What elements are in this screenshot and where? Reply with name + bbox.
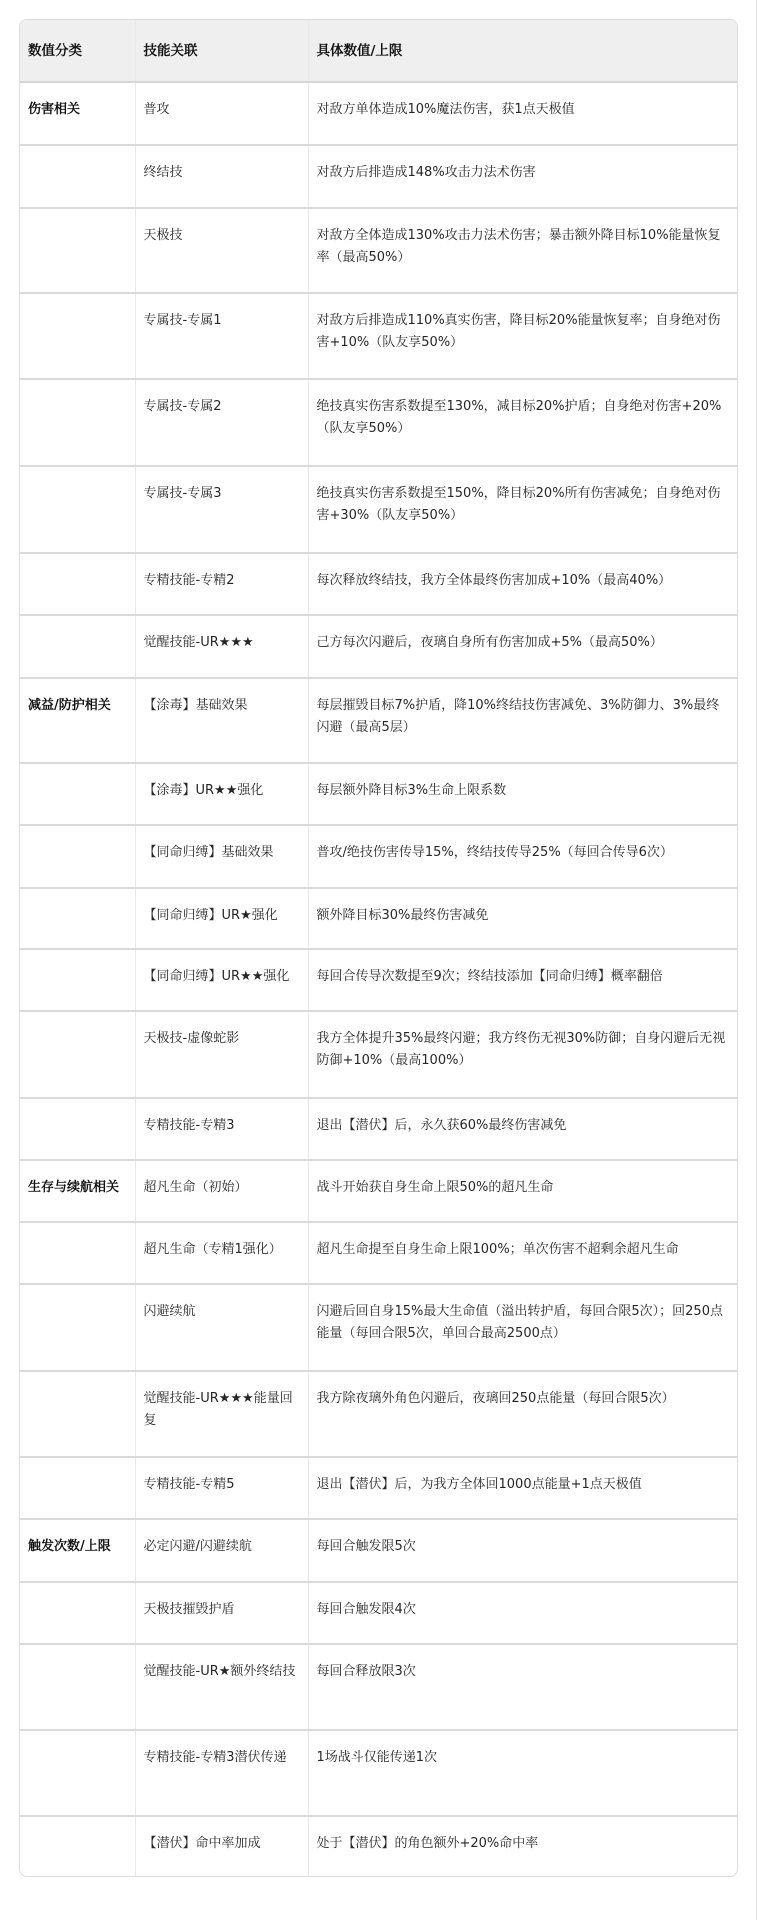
cell-value: 绝技真实伤害系数提至150%，降目标20%所有伤害减免；自身绝对伤害+30%（队… xyxy=(308,466,738,553)
cell-category xyxy=(20,379,135,466)
cell-value: 每回合触发限4次 xyxy=(308,1582,738,1644)
cell-skill: 超凡生命（专精1强化） xyxy=(135,1222,308,1284)
cell-category xyxy=(20,1371,135,1457)
cell-value: 普攻/绝技伤害传导15%，终结技传导25%（每回合传导6次） xyxy=(308,825,738,888)
cell-skill: 终结技 xyxy=(135,145,308,208)
table-row: 觉醒技能-UR★额外终结技 每回合释放限3次 xyxy=(20,1644,738,1730)
cell-skill: 超凡生命（初始） xyxy=(135,1160,308,1222)
cell-value: 我方全体提升35%最终闪避；我方终伤无视30%防御；自身闪避后无视防御+10%（… xyxy=(308,1011,738,1098)
cell-value: 退出【潜伏】后，永久获60%最终伤害减免 xyxy=(308,1098,738,1160)
cell-category xyxy=(20,949,135,1011)
cell-value: 对敌方单体造成10%魔法伤害，获1点天极值 xyxy=(308,82,738,145)
skill-values-table-container: 数值分类 技能关联 具体数值/上限 伤害相关 普攻 对敌方单体造成10%魔法伤害… xyxy=(19,19,738,1877)
cell-skill: 专属技-专属2 xyxy=(135,379,308,466)
cell-category xyxy=(20,1730,135,1816)
table-row: 生存与续航相关 超凡生命（初始） 战斗开始获自身生命上限50%的超凡生命 xyxy=(20,1160,738,1222)
cell-value: 超凡生命提至自身生命上限100%；单次伤害不超剩余超凡生命 xyxy=(308,1222,738,1284)
cell-value: 每回合释放限3次 xyxy=(308,1644,738,1730)
cell-skill: 【同命归缚】基础效果 xyxy=(135,825,308,888)
cell-value: 每层额外降目标3%生命上限系数 xyxy=(308,763,738,825)
header-skill: 技能关联 xyxy=(135,20,308,82)
cell-skill: 【同命归缚】UR★强化 xyxy=(135,888,308,949)
skill-values-table: 数值分类 技能关联 具体数值/上限 伤害相关 普攻 对敌方单体造成10%魔法伤害… xyxy=(20,20,738,1877)
cell-skill: 【涂毒】基础效果 xyxy=(135,678,308,763)
cell-value: 对敌方全体造成130%攻击力法术伤害；暴击额外降目标10%能量恢复率（最高50%… xyxy=(308,208,738,293)
table-row: 【涂毒】UR★★强化 每层额外降目标3%生命上限系数 xyxy=(20,763,738,825)
table-row: 天极技-虚像蛇影 我方全体提升35%最终闪避；我方终伤无视30%防御；自身闪避后… xyxy=(20,1011,738,1098)
cell-skill: 【同命归缚】UR★★强化 xyxy=(135,949,308,1011)
cell-value: 退出【潜伏】后，为我方全体回1000点能量+1点天极值 xyxy=(308,1457,738,1519)
cell-category xyxy=(20,1457,135,1519)
cell-category xyxy=(20,145,135,208)
table-row: 觉醒技能-UR★★★能量回复 我方除夜璃外角色闪避后，夜璃回250点能量（每回合… xyxy=(20,1371,738,1457)
cell-category xyxy=(20,1644,135,1730)
header-category: 数值分类 xyxy=(20,20,135,82)
table-row: 专属技-专属1 对敌方后排造成110%真实伤害，降目标20%能量恢复率；自身绝对… xyxy=(20,293,738,379)
cell-value: 额外降目标30%最终伤害减免 xyxy=(308,888,738,949)
cell-category xyxy=(20,615,135,678)
table-header: 数值分类 技能关联 具体数值/上限 xyxy=(20,20,738,82)
table-row: 超凡生命（专精1强化） 超凡生命提至自身生命上限100%；单次伤害不超剩余超凡生… xyxy=(20,1222,738,1284)
header-row: 数值分类 技能关联 具体数值/上限 xyxy=(20,20,738,82)
cell-category xyxy=(20,1011,135,1098)
cell-category xyxy=(20,888,135,949)
cell-value: 闪避后回自身15%最大生命值（溢出转护盾，每回合限5次）；回250点能量（每回合… xyxy=(308,1284,738,1371)
table-row: 【同命归缚】UR★★强化 每回合传导次数提至9次；终结技添加【同命归缚】概率翻倍 xyxy=(20,949,738,1011)
cell-skill: 专属技-专属3 xyxy=(135,466,308,553)
cell-category xyxy=(20,466,135,553)
cell-category: 触发次数/上限 xyxy=(20,1519,135,1582)
cell-category xyxy=(20,825,135,888)
cell-skill: 觉醒技能-UR★★★能量回复 xyxy=(135,1371,308,1457)
cell-value: 每层摧毁目标7%护盾，降10%终结技伤害减免、3%防御力、3%最终闪避（最高5层… xyxy=(308,678,738,763)
cell-skill: 专精技能-专精3 xyxy=(135,1098,308,1160)
table-row: 减益/防护相关 【涂毒】基础效果 每层摧毁目标7%护盾，降10%终结技伤害减免、… xyxy=(20,678,738,763)
table-row: 天极技 对敌方全体造成130%攻击力法术伤害；暴击额外降目标10%能量恢复率（最… xyxy=(20,208,738,293)
cell-skill: 觉醒技能-UR★额外终结技 xyxy=(135,1644,308,1730)
cell-category xyxy=(20,293,135,379)
table-row: 专属技-专属3 绝技真实伤害系数提至150%，降目标20%所有伤害减免；自身绝对… xyxy=(20,466,738,553)
cell-value: 战斗开始获自身生命上限50%的超凡生命 xyxy=(308,1160,738,1222)
cell-skill: 必定闪避/闪避续航 xyxy=(135,1519,308,1582)
cell-value: 每回合触发限5次 xyxy=(308,1519,738,1582)
cell-value: 1场战斗仅能传递1次 xyxy=(308,1730,738,1816)
cell-value: 对敌方后排造成148%攻击力法术伤害 xyxy=(308,145,738,208)
cell-skill: 专精技能-专精5 xyxy=(135,1457,308,1519)
cell-skill: 【涂毒】UR★★强化 xyxy=(135,763,308,825)
cell-category: 伤害相关 xyxy=(20,82,135,145)
cell-skill: 专精技能-专精3潜伏传递 xyxy=(135,1730,308,1816)
cell-value: 对敌方后排造成110%真实伤害，降目标20%能量恢复率；自身绝对伤害+10%（队… xyxy=(308,293,738,379)
cell-category xyxy=(20,1582,135,1644)
table-row: 天极技摧毁护盾 每回合触发限4次 xyxy=(20,1582,738,1644)
cell-category xyxy=(20,1098,135,1160)
cell-skill: 天极技 xyxy=(135,208,308,293)
table-row: 终结技 对敌方后排造成148%攻击力法术伤害 xyxy=(20,145,738,208)
cell-category: 生存与续航相关 xyxy=(20,1160,135,1222)
table-row: 专属技-专属2 绝技真实伤害系数提至130%，减目标20%护盾；自身绝对伤害+2… xyxy=(20,379,738,466)
cell-category xyxy=(20,1284,135,1371)
cell-skill: 闪避续航 xyxy=(135,1284,308,1371)
cell-value: 绝技真实伤害系数提至130%，减目标20%护盾；自身绝对伤害+20%（队友享50… xyxy=(308,379,738,466)
cell-skill: 觉醒技能-UR★★★ xyxy=(135,615,308,678)
cell-value: 己方每次闪避后，夜璃自身所有伤害加成+5%（最高50%） xyxy=(308,615,738,678)
cell-skill: 专属技-专属1 xyxy=(135,293,308,379)
table-row: 触发次数/上限 必定闪避/闪避续航 每回合触发限5次 xyxy=(20,1519,738,1582)
cell-skill: 普攻 xyxy=(135,82,308,145)
cell-category xyxy=(20,208,135,293)
cell-value: 每回合传导次数提至9次；终结技添加【同命归缚】概率翻倍 xyxy=(308,949,738,1011)
table-body: 伤害相关 普攻 对敌方单体造成10%魔法伤害，获1点天极值 终结技 对敌方后排造… xyxy=(20,82,738,1877)
cell-category xyxy=(20,1816,135,1877)
table-row: 专精技能-专精2 每次释放终结技，我方全体最终伤害加成+10%（最高40%） xyxy=(20,553,738,615)
table-row: 觉醒技能-UR★★★ 己方每次闪避后，夜璃自身所有伤害加成+5%（最高50%） xyxy=(20,615,738,678)
table-row: 专精技能-专精3 退出【潜伏】后，永久获60%最终伤害减免 xyxy=(20,1098,738,1160)
table-row: 专精技能-专精5 退出【潜伏】后，为我方全体回1000点能量+1点天极值 xyxy=(20,1457,738,1519)
cell-value: 我方除夜璃外角色闪避后，夜璃回250点能量（每回合限5次） xyxy=(308,1371,738,1457)
table-row: 【同命归缚】UR★强化 额外降目标30%最终伤害减免 xyxy=(20,888,738,949)
cell-category: 减益/防护相关 xyxy=(20,678,135,763)
table-row: 【潜伏】命中率加成 处于【潜伏】的角色额外+20%命中率 xyxy=(20,1816,738,1877)
table-row: 【同命归缚】基础效果 普攻/绝技伤害传导15%，终结技传导25%（每回合传导6次… xyxy=(20,825,738,888)
table-row: 伤害相关 普攻 对敌方单体造成10%魔法伤害，获1点天极值 xyxy=(20,82,738,145)
cell-skill: 【潜伏】命中率加成 xyxy=(135,1816,308,1877)
cell-value: 每次释放终结技，我方全体最终伤害加成+10%（最高40%） xyxy=(308,553,738,615)
cell-skill: 天极技摧毁护盾 xyxy=(135,1582,308,1644)
table-row: 闪避续航 闪避后回自身15%最大生命值（溢出转护盾，每回合限5次）；回250点能… xyxy=(20,1284,738,1371)
table-row: 专精技能-专精3潜伏传递 1场战斗仅能传递1次 xyxy=(20,1730,738,1816)
cell-category xyxy=(20,763,135,825)
cell-category xyxy=(20,1222,135,1284)
cell-value: 处于【潜伏】的角色额外+20%命中率 xyxy=(308,1816,738,1877)
cell-category xyxy=(20,553,135,615)
header-value: 具体数值/上限 xyxy=(308,20,738,82)
cell-skill: 天极技-虚像蛇影 xyxy=(135,1011,308,1098)
cell-skill: 专精技能-专精2 xyxy=(135,553,308,615)
